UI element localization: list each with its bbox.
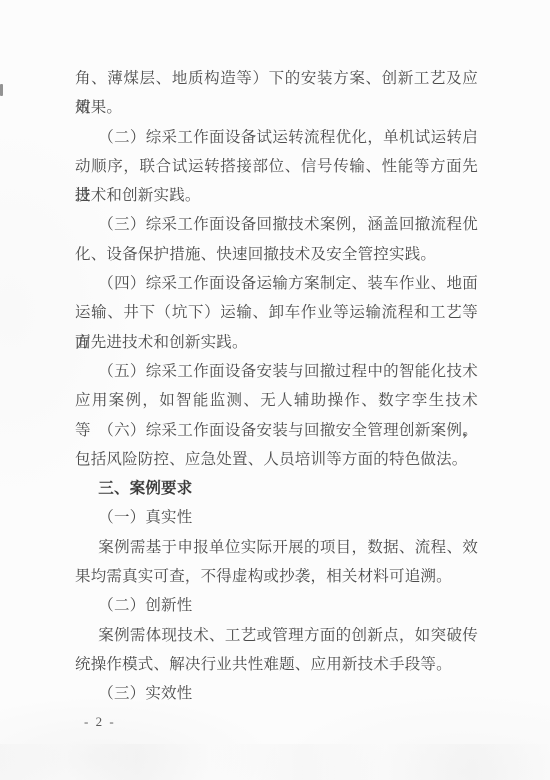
section-heading-line: 三、案例要求: [75, 474, 478, 503]
text-line: 角、薄煤层、地质构造等）下的安装方案、创新工艺及应用: [75, 64, 478, 93]
text-line: （一）真实性: [75, 503, 478, 532]
text-line: 包括风险防控、应急处置、人员培训等方面的特色做法。: [75, 445, 478, 474]
scan-artifact-left-edge: [0, 84, 3, 96]
text-line: 应用案例，如智能监测、无人辅助操作、数字孪生技术等。: [75, 386, 478, 415]
text-line: （二）综采工作面设备试运转流程优化，单机试运转启: [75, 123, 478, 152]
page-number: - 2 -: [84, 714, 116, 730]
text-line: （四）综采工作面设备运输方案制定、装车作业、地面: [75, 269, 478, 298]
text-line: 技术和创新实践。: [75, 181, 478, 210]
text-line: 案例需体现技术、工艺或管理方面的创新点，如突破传: [75, 621, 478, 650]
text-line: 效果。: [75, 93, 478, 122]
text-line: 统操作模式、解决行业共性难题、应用新技术手段等。: [75, 650, 478, 679]
text-line: 面先进技术和创新实践。: [75, 328, 478, 357]
text-line: （二）创新性: [75, 591, 478, 620]
text-line: 运输、井下（坑下）运输、卸车作业等运输流程和工艺等方: [75, 298, 478, 327]
text-line: 案例需基于申报单位实际开展的项目，数据、流程、效: [75, 533, 478, 562]
document-page: 角、薄煤层、地质构造等）下的安装方案、创新工艺及应用效果。（二）综采工作面设备试…: [0, 0, 550, 780]
text-line: （五）综采工作面设备安装与回撤过程中的智能化技术: [75, 357, 478, 386]
text-line: （三）实效性: [75, 679, 478, 708]
text-line: 果均需真实可查，不得虚构或抄袭，相关材料可追溯。: [75, 562, 478, 591]
text-line: （三）综采工作面设备回撤技术案例，涵盖回撤流程优: [75, 210, 478, 239]
text-line: 化、设备保护措施、快速回撤技术及安全管控实践。: [75, 240, 478, 269]
scan-artifact-bottom-band: [0, 744, 550, 780]
document-text-block: 角、薄煤层、地质构造等）下的安装方案、创新工艺及应用效果。（二）综采工作面设备试…: [75, 64, 478, 709]
text-line: （六）综采工作面设备安装与回撤安全管理创新案例，: [75, 416, 478, 445]
text-line: 动顺序，联合试运转搭接部位、信号传输、性能等方面先进: [75, 152, 478, 181]
